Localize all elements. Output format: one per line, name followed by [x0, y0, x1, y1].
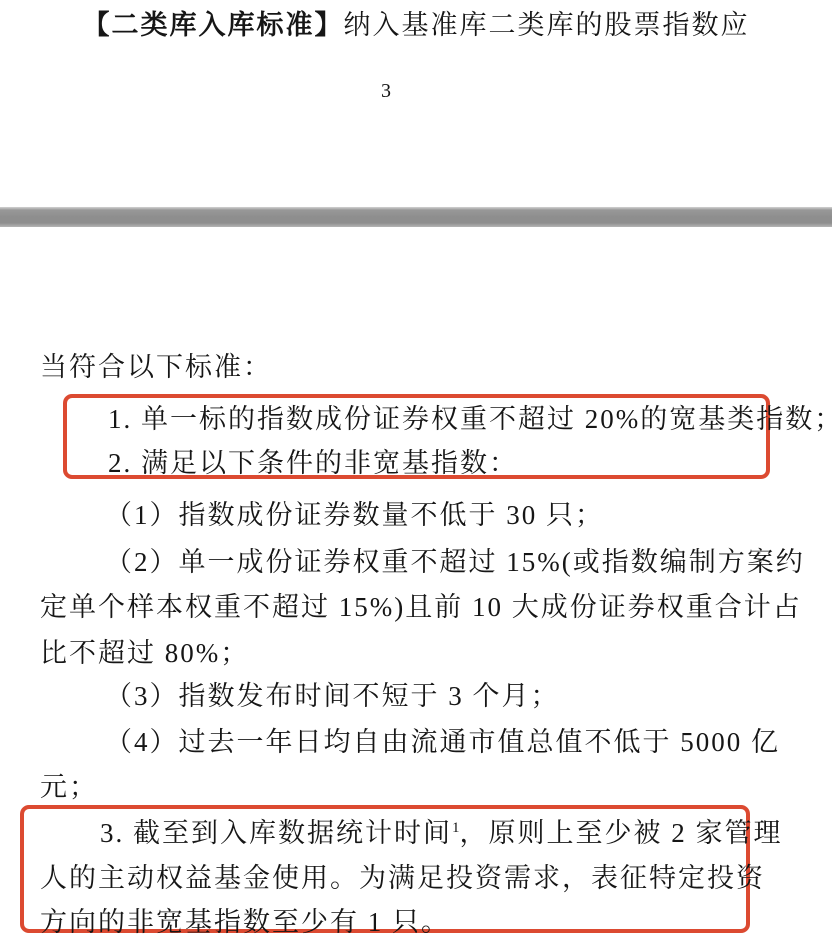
- section-heading-bold: 【二类库入库标准】: [83, 10, 344, 40]
- sub-item-3: （3）指数发布时间不短于 3 个月；: [105, 681, 560, 712]
- page-separator-bar: [0, 207, 832, 227]
- criterion-3-line-3: 方向的非宽基指数至少有 1 只。: [40, 907, 450, 938]
- sub-item-2-line-2: 定单个样本权重不超过 15%)且前 10 大成份证券权重合计占: [40, 592, 802, 623]
- criterion-3-line-1: 3. 截至到入库数据统计时间1，原则上至少被 2 家管理: [100, 818, 783, 849]
- pdf-document-view: 【二类库入库标准】纳入基准库二类库的股票指数应 3 当符合以下标准： 1. 单一…: [0, 0, 832, 942]
- page-number: 3: [0, 80, 772, 103]
- criterion-3-text-before-footnote: 3. 截至到入库数据统计时间: [100, 818, 452, 848]
- section-heading-rest: 纳入基准库二类库的股票指数应: [344, 10, 750, 40]
- sub-item-2-line-3: 比不超过 80%；: [40, 638, 249, 669]
- sub-item-2-line-1: （2）单一成份证券权重不超过 15%(或指数编制方案约: [105, 547, 805, 578]
- footnote-marker: 1: [452, 820, 460, 836]
- criterion-2: 2. 满足以下条件的非宽基指数：: [108, 448, 518, 479]
- sub-item-1: （1）指数成份证券数量不低于 30 只；: [105, 500, 604, 531]
- sub-item-4-line-1: （4）过去一年日均自由流通市值总值不低于 5000 亿: [105, 727, 780, 758]
- criterion-3-line-2: 人的主动权益基金使用。为满足投资需求，表征特定投资: [40, 863, 765, 894]
- criterion-1: 1. 单一标的指数成份证券权重不超过 20%的宽基类指数；: [108, 404, 832, 435]
- previous-page-bottom: 【二类库入库标准】纳入基准库二类库的股票指数应 3: [0, 0, 832, 207]
- sub-item-4-line-2: 元；: [40, 772, 98, 803]
- section-heading: 【二类库入库标准】纳入基准库二类库的股票指数应: [0, 10, 832, 41]
- criterion-3-text-after-footnote: ，原则上至少被 2 家管理: [460, 818, 783, 848]
- intro-line: 当符合以下标准：: [40, 352, 272, 383]
